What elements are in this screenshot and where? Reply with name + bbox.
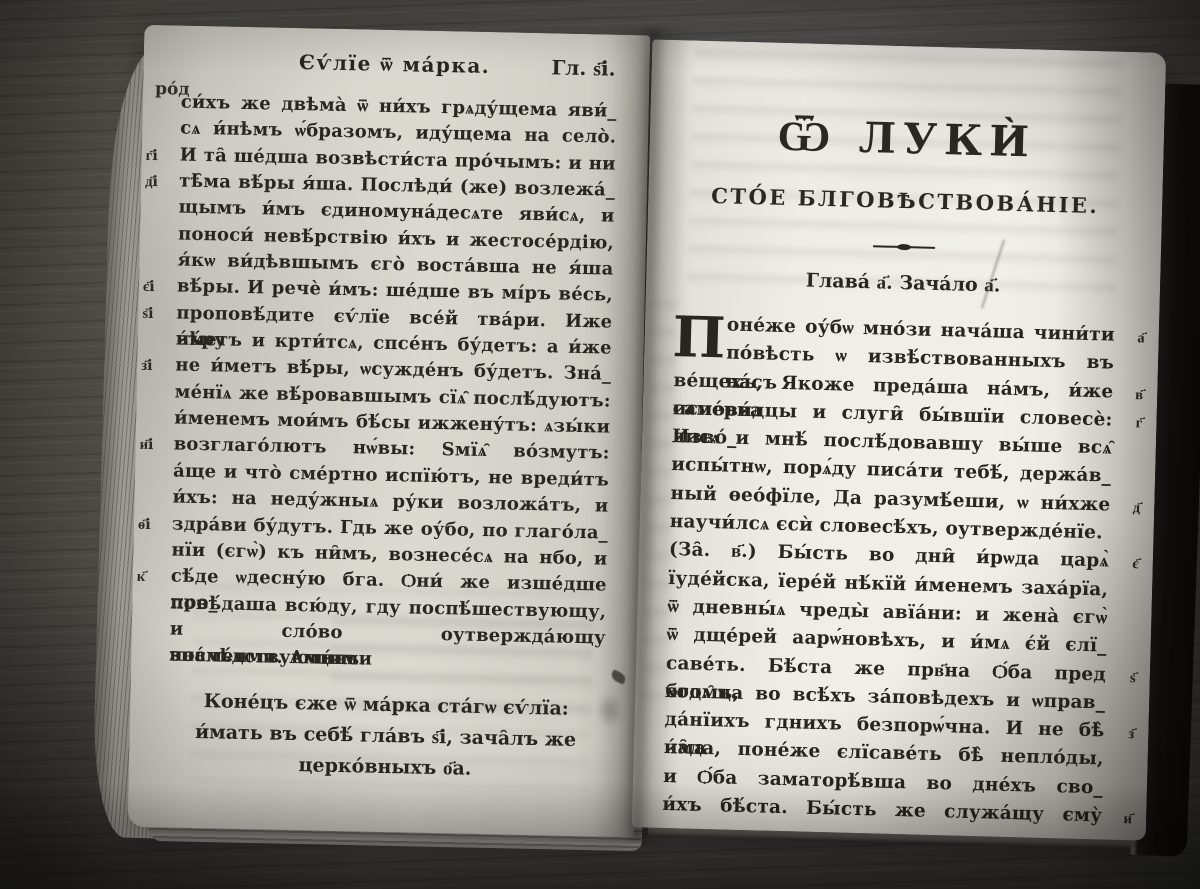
colophon: Коне́цъ єже ѿ ма́рка ста́гѡ єѵ́лїа: и́ма… xyxy=(167,685,605,787)
verse-number-margin xyxy=(136,617,166,618)
verse-number-margin: з҃і xyxy=(141,353,172,380)
gospel-subtitle: СТО́Е БЛГОВѢСТВОВА́НІЕ. xyxy=(648,181,1162,219)
verse-number-margin xyxy=(147,116,177,117)
verse-number-margin xyxy=(140,406,170,407)
right-page-text-block: П оне́же оу́бѡ мно́зи нача́ша чини́тиа҃ … xyxy=(662,310,1115,831)
verse-number-margin: г҃ xyxy=(1135,409,1143,437)
verse-number-margin: д҃і xyxy=(145,169,176,196)
verse-number-margin: в҃ xyxy=(1135,381,1144,409)
paragraph-lines: оне́же оу́бѡ мно́зи нача́ша чини́тиа҃ по… xyxy=(662,310,1115,831)
verse-number-margin xyxy=(139,485,169,486)
verse-number-margin: є҃і xyxy=(143,274,174,301)
section-divider xyxy=(873,245,935,249)
verse-number-margin: д҃ xyxy=(1132,494,1140,522)
verse-number-margin xyxy=(144,222,174,223)
chapter-heading: Глава́ а҃. Зача́ло а҃. xyxy=(646,265,1160,301)
verse-number-margin: ѕ҃ xyxy=(1130,664,1137,692)
verse-number-margin: ѳ҃і xyxy=(138,511,169,538)
verse-number-margin: а҃ xyxy=(1137,324,1145,352)
right-page: Ѿ ЛУКЍ СТО́Е БЛГОВѢСТВОВА́НІЕ. Глава́ а҃… xyxy=(632,39,1166,840)
verse-number-margin: ѕ҃і xyxy=(142,301,173,328)
text-line-content: зна́менми. Ами́нь. xyxy=(169,645,366,670)
verse-number-margin: к҃ xyxy=(137,564,168,591)
gutter-stain xyxy=(596,692,624,728)
running-header-chapter: Гл. ѕ҃і. xyxy=(551,55,616,81)
verse-number-margin: и҃і xyxy=(139,432,170,459)
verse-number-margin: з҃ xyxy=(1128,720,1135,748)
open-book-photo: ро́д Єѵ́лїе ѿ ма́рка. Гл. ѕ҃і. си́хъ же … xyxy=(0,0,1200,889)
verse-number-margin: г҃і xyxy=(145,143,176,170)
running-header-title: Єѵ́лїе ѿ ма́рка. xyxy=(229,49,559,81)
left-page: ро́д Єѵ́лїе ѿ ма́рка. Гл. ѕ҃і. си́хъ же … xyxy=(128,25,651,837)
verse-number-margin xyxy=(136,643,166,644)
gospel-title: Ѿ ЛУКЍ xyxy=(649,107,1164,170)
verse-number-margin: и҃ xyxy=(1123,805,1132,834)
verse-number-margin xyxy=(144,248,174,249)
verse-number-margin: є҃ xyxy=(1132,551,1139,579)
left-page-text-block: си́хъ же двѣма̀ ѿ ни́хъ грѧду́щема яви́_… xyxy=(169,90,617,679)
